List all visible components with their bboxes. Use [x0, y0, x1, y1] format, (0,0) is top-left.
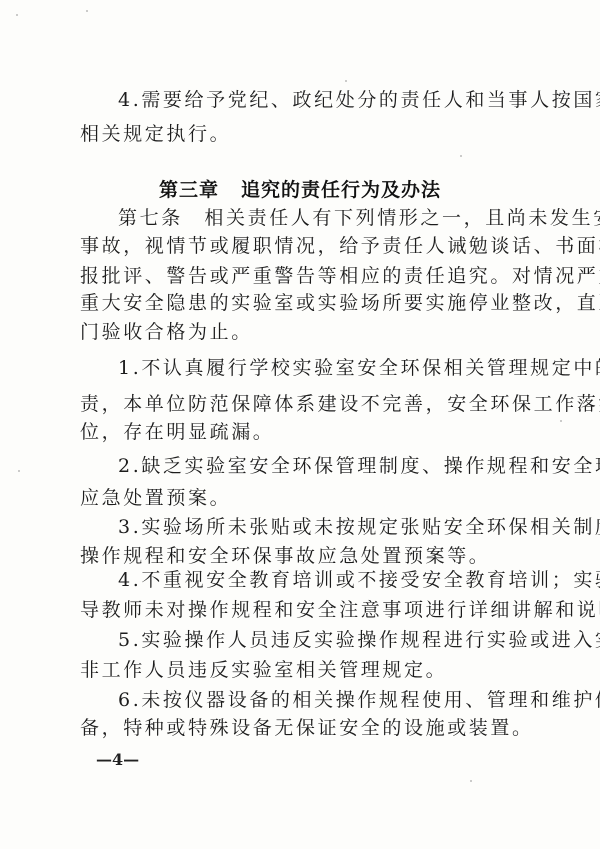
- paragraph-line: 6.未按仪器设备的相关操作规程使用、管理和维护仪器设: [118, 686, 532, 714]
- paragraph-line: 3.实验场所未张贴或未按规定张贴安全环保相关制度、实验: [118, 513, 532, 541]
- page-number: —4—: [96, 750, 139, 769]
- paragraph-line: 责，本单位防范保障体系建设不完善，安全环保工作落实不到: [80, 390, 532, 418]
- scan-speck: [560, 420, 562, 422]
- paragraph-line: 事故，视情节或履职情况，给予责任人诫勉谈话、书面检查、通: [80, 232, 532, 260]
- paragraph-line: 应急处置预案。: [80, 484, 532, 512]
- chapter-heading: 第三章追究的责任行为及办法: [0, 176, 600, 204]
- chapter-number: 第三章: [159, 179, 219, 201]
- paragraph-line: 第七条 相关责任人有下列情形之一，且尚未发生安全责任: [118, 204, 532, 232]
- paragraph-line: 非工作人员违反实验室相关管理规定。: [80, 656, 532, 684]
- paragraph-line: 导教师未对操作规程和安全注意事项进行详细讲解和说明。: [80, 596, 532, 624]
- paragraph-line: 相关规定执行。: [80, 120, 532, 148]
- scan-speck: [470, 780, 472, 782]
- document-page: 4.需要给予党纪、政纪处分的责任人和当事人按国家及学校 相关规定执行。 第三章追…: [0, 0, 600, 849]
- paragraph-line: 2.缺乏实验室安全环保管理制度、操作规程和安全环保事故: [118, 452, 532, 480]
- paragraph-line: 位，存在明显疏漏。: [80, 418, 532, 446]
- paragraph-line: 重大安全隐患的实验室或实验场所要实施停业整改，直至相关部: [80, 289, 532, 317]
- paragraph-line: 1.不认真履行学校实验室安全环保相关管理规定中的各项职: [118, 354, 532, 382]
- paragraph-line: 4.需要给予党纪、政纪处分的责任人和当事人按国家及学校: [118, 86, 532, 114]
- paragraph-line: 4.不重视安全教育培训或不接受安全教育培训；实验前，指: [118, 566, 532, 594]
- scan-speck: [460, 155, 462, 157]
- chapter-title: 追究的责任行为及办法: [241, 179, 441, 201]
- paragraph-line: 备，特种或特殊设备无保证安全的设施或装置。: [80, 714, 532, 742]
- paragraph-line: 门验收合格为止。: [80, 318, 532, 346]
- paragraph-line: 报批评、警告或严重警告等相应的责任追究。对情况严重或存在: [80, 262, 532, 290]
- scan-speck: [16, 14, 18, 16]
- scan-speck: [345, 80, 347, 82]
- scan-speck: [86, 10, 88, 12]
- paragraph-line: 5.实验操作人员违反实验操作规程进行实验或进入实验室的: [118, 626, 532, 654]
- scan-speck: [18, 470, 20, 472]
